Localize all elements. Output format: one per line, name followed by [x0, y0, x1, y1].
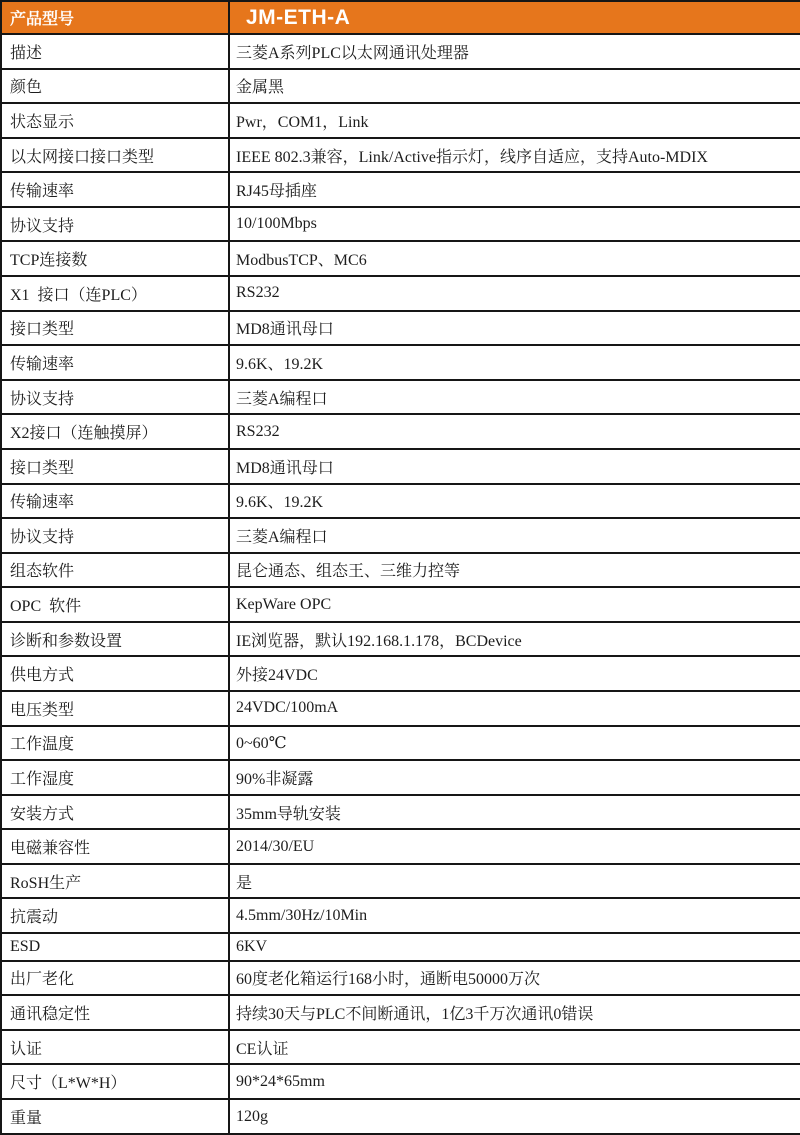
spec-value: 4.5mm/30Hz/10Min	[229, 898, 800, 933]
table-row: X1 接口（连PLC）RS232	[1, 276, 800, 311]
spec-label: 安装方式	[1, 795, 229, 830]
table-row: 传输速率9.6K、19.2K	[1, 484, 800, 519]
spec-label: TCP连接数	[1, 241, 229, 276]
spec-label: 以太网接口接口类型	[1, 138, 229, 173]
spec-label: ESD	[1, 933, 229, 961]
spec-value: 是	[229, 864, 800, 899]
table-row: 协议支持三菱A编程口	[1, 518, 800, 553]
spec-value: 24VDC/100mA	[229, 691, 800, 726]
spec-value: 90*24*65mm	[229, 1064, 800, 1099]
table-row: 抗震动4.5mm/30Hz/10Min	[1, 898, 800, 933]
product-spec-page: 产品型号 JM-ETH-A 描述三菱A系列PLC以太网通讯处理器颜色金属黑状态显…	[0, 0, 800, 1135]
spec-value: RS232	[229, 414, 800, 449]
table-row: 以太网接口接口类型IEEE 802.3兼容，Link/Active指示灯，线序自…	[1, 138, 800, 173]
spec-label: 描述	[1, 34, 229, 69]
spec-label: 传输速率	[1, 484, 229, 519]
spec-label: 通讯稳定性	[1, 995, 229, 1030]
spec-label: 工作温度	[1, 726, 229, 761]
spec-value: KepWare OPC	[229, 587, 800, 622]
table-row: 通讯稳定性持续30天与PLC不间断通讯，1亿3千万次通讯0错误	[1, 995, 800, 1030]
spec-label: 接口类型	[1, 311, 229, 346]
spec-label: 工作湿度	[1, 760, 229, 795]
spec-label: 协议支持	[1, 518, 229, 553]
table-row: 工作温度0~60℃	[1, 726, 800, 761]
spec-value: 金属黑	[229, 69, 800, 104]
spec-value: 9.6K、19.2K	[229, 484, 800, 519]
spec-label: X2接口（连触摸屏）	[1, 414, 229, 449]
table-row: 安装方式35mm导轨安装	[1, 795, 800, 830]
spec-value: 9.6K、19.2K	[229, 345, 800, 380]
spec-value: 昆仑通态、组态王、三维力控等	[229, 553, 800, 588]
spec-value: 0~60℃	[229, 726, 800, 761]
spec-label: 状态显示	[1, 103, 229, 138]
spec-value: 90%非凝露	[229, 760, 800, 795]
table-row: 协议支持三菱A编程口	[1, 380, 800, 415]
spec-label: 电压类型	[1, 691, 229, 726]
spec-value: IEEE 802.3兼容，Link/Active指示灯，线序自适应，支持Auto…	[229, 138, 800, 173]
spec-label: OPC 软件	[1, 587, 229, 622]
spec-value: MD8通讯母口	[229, 449, 800, 484]
header-label-cell: 产品型号	[1, 1, 229, 34]
spec-value: 三菱A系列PLC以太网通讯处理器	[229, 34, 800, 69]
table-row: 组态软件昆仑通态、组态王、三维力控等	[1, 553, 800, 588]
table-row: 接口类型MD8通讯母口	[1, 449, 800, 484]
spec-label: 接口类型	[1, 449, 229, 484]
spec-label: 传输速率	[1, 345, 229, 380]
spec-value: 三菱A编程口	[229, 380, 800, 415]
spec-table-body: 描述三菱A系列PLC以太网通讯处理器颜色金属黑状态显示Pwr，COM1，Link…	[1, 34, 800, 1134]
spec-label: 电磁兼容性	[1, 829, 229, 864]
table-row: TCP连接数ModbusTCP、MC6	[1, 241, 800, 276]
table-row: 传输速率9.6K、19.2K	[1, 345, 800, 380]
spec-value: Pwr，COM1，Link	[229, 103, 800, 138]
spec-value: 60度老化箱运行168小时，通断电50000万次	[229, 961, 800, 996]
product-spec-table: 产品型号 JM-ETH-A 描述三菱A系列PLC以太网通讯处理器颜色金属黑状态显…	[0, 0, 800, 1135]
spec-label: RoSH生产	[1, 864, 229, 899]
spec-label: 协议支持	[1, 207, 229, 242]
table-row: X2接口（连触摸屏）RS232	[1, 414, 800, 449]
spec-value: MD8通讯母口	[229, 311, 800, 346]
table-row: 认证CE认证	[1, 1030, 800, 1065]
spec-value: 2014/30/EU	[229, 829, 800, 864]
table-row: 状态显示Pwr，COM1，Link	[1, 103, 800, 138]
table-row: 供电方式外接24VDC	[1, 656, 800, 691]
table-row: 颜色金属黑	[1, 69, 800, 104]
spec-label: 诊断和参数设置	[1, 622, 229, 657]
spec-label: 传输速率	[1, 172, 229, 207]
table-row: RoSH生产是	[1, 864, 800, 899]
spec-value: 三菱A编程口	[229, 518, 800, 553]
table-row: OPC 软件KepWare OPC	[1, 587, 800, 622]
table-row: 工作湿度90%非凝露	[1, 760, 800, 795]
table-row: 描述三菱A系列PLC以太网通讯处理器	[1, 34, 800, 69]
spec-value: 持续30天与PLC不间断通讯，1亿3千万次通讯0错误	[229, 995, 800, 1030]
spec-value: IE浏览器，默认192.168.1.178，BCDevice	[229, 622, 800, 657]
spec-label: X1 接口（连PLC）	[1, 276, 229, 311]
table-header-row: 产品型号 JM-ETH-A	[1, 1, 800, 34]
spec-label: 尺寸（L*W*H）	[1, 1064, 229, 1099]
spec-value: RJ45母插座	[229, 172, 800, 207]
spec-value: CE认证	[229, 1030, 800, 1065]
spec-label: 供电方式	[1, 656, 229, 691]
table-row: 电压类型24VDC/100mA	[1, 691, 800, 726]
table-row: 出厂老化60度老化箱运行168小时，通断电50000万次	[1, 961, 800, 996]
spec-label: 出厂老化	[1, 961, 229, 996]
table-row: 诊断和参数设置IE浏览器，默认192.168.1.178，BCDevice	[1, 622, 800, 657]
spec-label: 重量	[1, 1099, 229, 1134]
table-row: ESD6KV	[1, 933, 800, 961]
table-row: 传输速率RJ45母插座	[1, 172, 800, 207]
spec-value: 120g	[229, 1099, 800, 1134]
spec-value: 6KV	[229, 933, 800, 961]
spec-label: 抗震动	[1, 898, 229, 933]
spec-value: 外接24VDC	[229, 656, 800, 691]
spec-label: 组态软件	[1, 553, 229, 588]
spec-value: ModbusTCP、MC6	[229, 241, 800, 276]
table-row: 重量120g	[1, 1099, 800, 1134]
spec-label: 认证	[1, 1030, 229, 1065]
spec-label: 颜色	[1, 69, 229, 104]
table-row: 接口类型MD8通讯母口	[1, 311, 800, 346]
spec-label: 协议支持	[1, 380, 229, 415]
table-row: 尺寸（L*W*H）90*24*65mm	[1, 1064, 800, 1099]
table-row: 电磁兼容性2014/30/EU	[1, 829, 800, 864]
table-row: 协议支持10/100Mbps	[1, 207, 800, 242]
header-model-cell: JM-ETH-A	[229, 1, 800, 34]
spec-value: 10/100Mbps	[229, 207, 800, 242]
spec-value: RS232	[229, 276, 800, 311]
spec-value: 35mm导轨安装	[229, 795, 800, 830]
